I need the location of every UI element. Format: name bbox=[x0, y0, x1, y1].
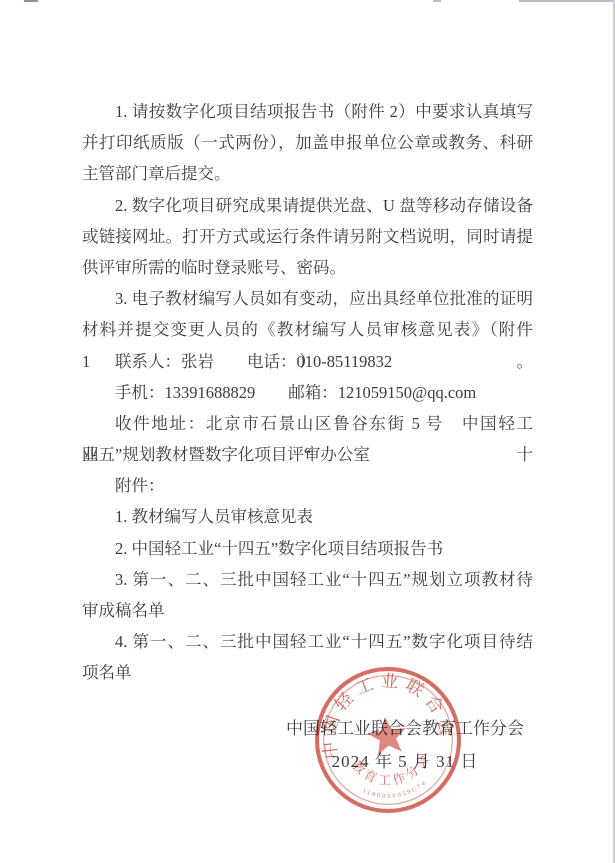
text-line: 收件地址：北京市石景山区鲁谷东街 5 号 中国轻工业“十 bbox=[82, 408, 533, 439]
text-line: 主管部门章后提交。 bbox=[82, 158, 533, 189]
text-line: 并打印纸质版（一式两份），加盖申报单位公章或教务、科研 bbox=[82, 127, 533, 158]
text-line: 供评审所需的临时登录账号、密码。 bbox=[82, 252, 533, 283]
text-line: 3. 电子教材编写人员如有变动，应出具经单位批准的证明 bbox=[82, 283, 533, 314]
scan-edge-artifact bbox=[24, 0, 38, 2]
text-line: 或链接网址。打开方式或运行条件请另附文档说明，同时请提 bbox=[82, 221, 533, 252]
star-icon bbox=[366, 714, 409, 756]
text-line: 附件： bbox=[82, 470, 533, 501]
text-line: 2. 数字化项目研究成果请提供光盘、U 盘等移动存储设备 bbox=[82, 190, 533, 221]
text-line: 1. 请按数字化项目结项报告书（附件 2）中要求认真填写 bbox=[82, 96, 533, 127]
scan-edge-artifact bbox=[519, 0, 615, 2]
text-line: 2. 中国轻工业“十四五”数字化项目结项报告书 bbox=[82, 533, 533, 564]
text-line: 4. 第一、二、三批中国轻工业“十四五”数字化项目待结 bbox=[82, 626, 533, 657]
text-line: 手机：13391688829 邮箱：121059150@qq.com bbox=[82, 377, 533, 408]
text-line: 材料并提交变更人员的《教材编写人员审核意见表》（附件 1）。 bbox=[82, 314, 533, 345]
scan-edge-artifact bbox=[433, 0, 441, 2]
text-line: 1. 教材编写人员审核意见表 bbox=[82, 501, 533, 532]
text-line: 3. 第一、二、三批中国轻工业“十四五”规划立项教材待 bbox=[82, 564, 533, 595]
document-body: 1. 请按数字化项目结项报告书（附件 2）中要求认真填写并打印纸质版（一式两份）… bbox=[82, 96, 533, 689]
official-seal-stamp: 中国轻工业联合会 教育工作分会 1100000059C74 bbox=[302, 654, 474, 826]
text-line: 审成稿名单 bbox=[82, 595, 533, 626]
